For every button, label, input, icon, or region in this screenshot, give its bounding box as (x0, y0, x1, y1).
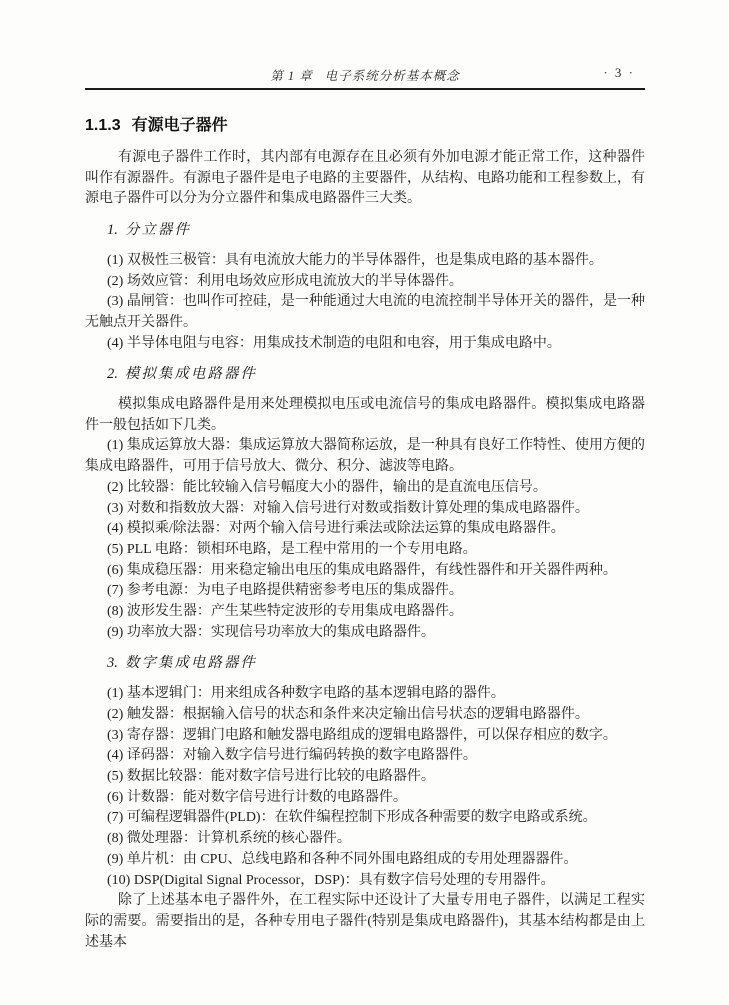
list-item: (5) PLL 电路：锁相环电路，是工程中常用的一个专用电路。 (85, 540, 645, 561)
list-item: (9) 单片机：由 CPU、总线电路和各种不同外围电路组成的专用处理器器件。 (85, 850, 645, 871)
running-title: 电子系统分析基本概念 (325, 69, 460, 83)
running-header: 第 1 章电子系统分析基本概念 · 3 · (85, 0, 645, 81)
section-heading: 1.1.3有源电子器件 (85, 117, 645, 135)
list-item: (7) 可编程逻辑器件(PLD)：在软件编程控制下形成各种需要的数字电路或系统。 (85, 808, 645, 829)
list-item: (8) 波形发生器：产生某些特定波形的专用集成电路器件。 (85, 602, 645, 623)
list-item: (1) 集成运算放大器：集成运算放大器简称运放，是一种具有良好工作特性、使用方便… (85, 436, 645, 477)
list-item: (5) 数据比较器：能对数字信号进行比较的电路器件。 (85, 767, 645, 788)
subsection-3-number: 3. (107, 655, 118, 671)
section-title: 有源电子器件 (132, 117, 228, 134)
subsection-1-number: 1. (107, 222, 118, 238)
running-header-title: 第 1 章电子系统分析基本概念 (85, 66, 645, 84)
list-item: (3) 对数和指数放大器：对输入信号进行对数或指数计算处理的集成电路器件。 (85, 499, 645, 520)
list-item: (4) 半导体电阻与电容：用集成技术制造的电阻和电容，用于集成电路中。 (85, 334, 645, 355)
page-number: · 3 · (603, 65, 635, 81)
subsection-2-intro: 模拟集成电路器件是用来处理模拟电压或电流信号的集成电路器件。模拟集成电路器件一般… (85, 395, 645, 436)
subsection-heading-3: 3.数字集成电路器件 (85, 653, 645, 674)
chapter-label: 第 1 章 (270, 69, 313, 83)
list-item: (7) 参考电源：为电子电路提供精密参考电压的集成器件。 (85, 581, 645, 602)
header-divider (85, 88, 645, 90)
subsection-2-title: 模拟集成电路器件 (125, 366, 257, 382)
list-item: (3) 晶闸管：也叫作可控硅，是一种能通过大电流的电流控制半导体开关的器件，是一… (85, 292, 645, 333)
list-item: (4) 译码器：对输入数字信号进行编码转换的数字电路器件。 (85, 746, 645, 767)
list-item: (4) 模拟乘/除法器：对两个输入信号进行乘法或除法运算的集成电路器件。 (85, 519, 645, 540)
section-number: 1.1.3 (85, 117, 121, 134)
list-item: (8) 微处理器：计算机系统的核心器件。 (85, 829, 645, 850)
subsection-heading-2: 2.模拟集成电路器件 (85, 364, 645, 385)
list-item: (9) 功率放大器：实现信号功率放大的集成电路器件。 (85, 623, 645, 644)
list-item: (6) 集成稳压器：用来稳定输出电压的集成电路器件，有线性器件和开关器件两种。 (85, 561, 645, 582)
list-item: (1) 双极性三极管：具有电流放大能力的半导体器件，也是集成电路的基本器件。 (85, 251, 645, 272)
list-item: (2) 触发器：根据输入信号的状态和条件来决定输出信号状态的逻辑电路器件。 (85, 705, 645, 726)
intro-paragraph: 有源电子器件工作时，其内部有电源存在且必须有外加电源才能正常工作，这种器件叫作有… (85, 148, 645, 210)
book-page: 第 1 章电子系统分析基本概念 · 3 · 1.1.3有源电子器件 有源电子器件… (0, 0, 729, 1005)
list-item: (2) 场效应管：利用电场效应形成电流放大的半导体器件。 (85, 272, 645, 293)
list-item: (6) 计数器：能对数字信号进行计数的电路器件。 (85, 788, 645, 809)
list-item: (10) DSP(Digital Signal Processor，DSP)：具… (85, 871, 645, 892)
subsection-3-title: 数字集成电路器件 (125, 655, 257, 671)
subsection-2-number: 2. (107, 366, 118, 382)
subsection-1-title: 分立器件 (125, 222, 191, 238)
page-content: 第 1 章电子系统分析基本概念 · 3 · 1.1.3有源电子器件 有源电子器件… (85, 0, 645, 953)
list-item: (2) 比较器：能比较输入信号幅度大小的器件，输出的是直流电压信号。 (85, 478, 645, 499)
list-item: (1) 基本逻辑门：用来组成各种数字电路的基本逻辑电路的器件。 (85, 684, 645, 705)
closing-paragraph: 除了上述基本电子器件外，在工程实际中还设计了大量专用电子器件，以满足工程实际的需… (85, 891, 645, 953)
list-item: (3) 寄存器：逻辑门电路和触发器电路组成的逻辑电路器件，可以保存相应的数字。 (85, 726, 645, 747)
subsection-heading-1: 1.分立器件 (85, 220, 645, 241)
